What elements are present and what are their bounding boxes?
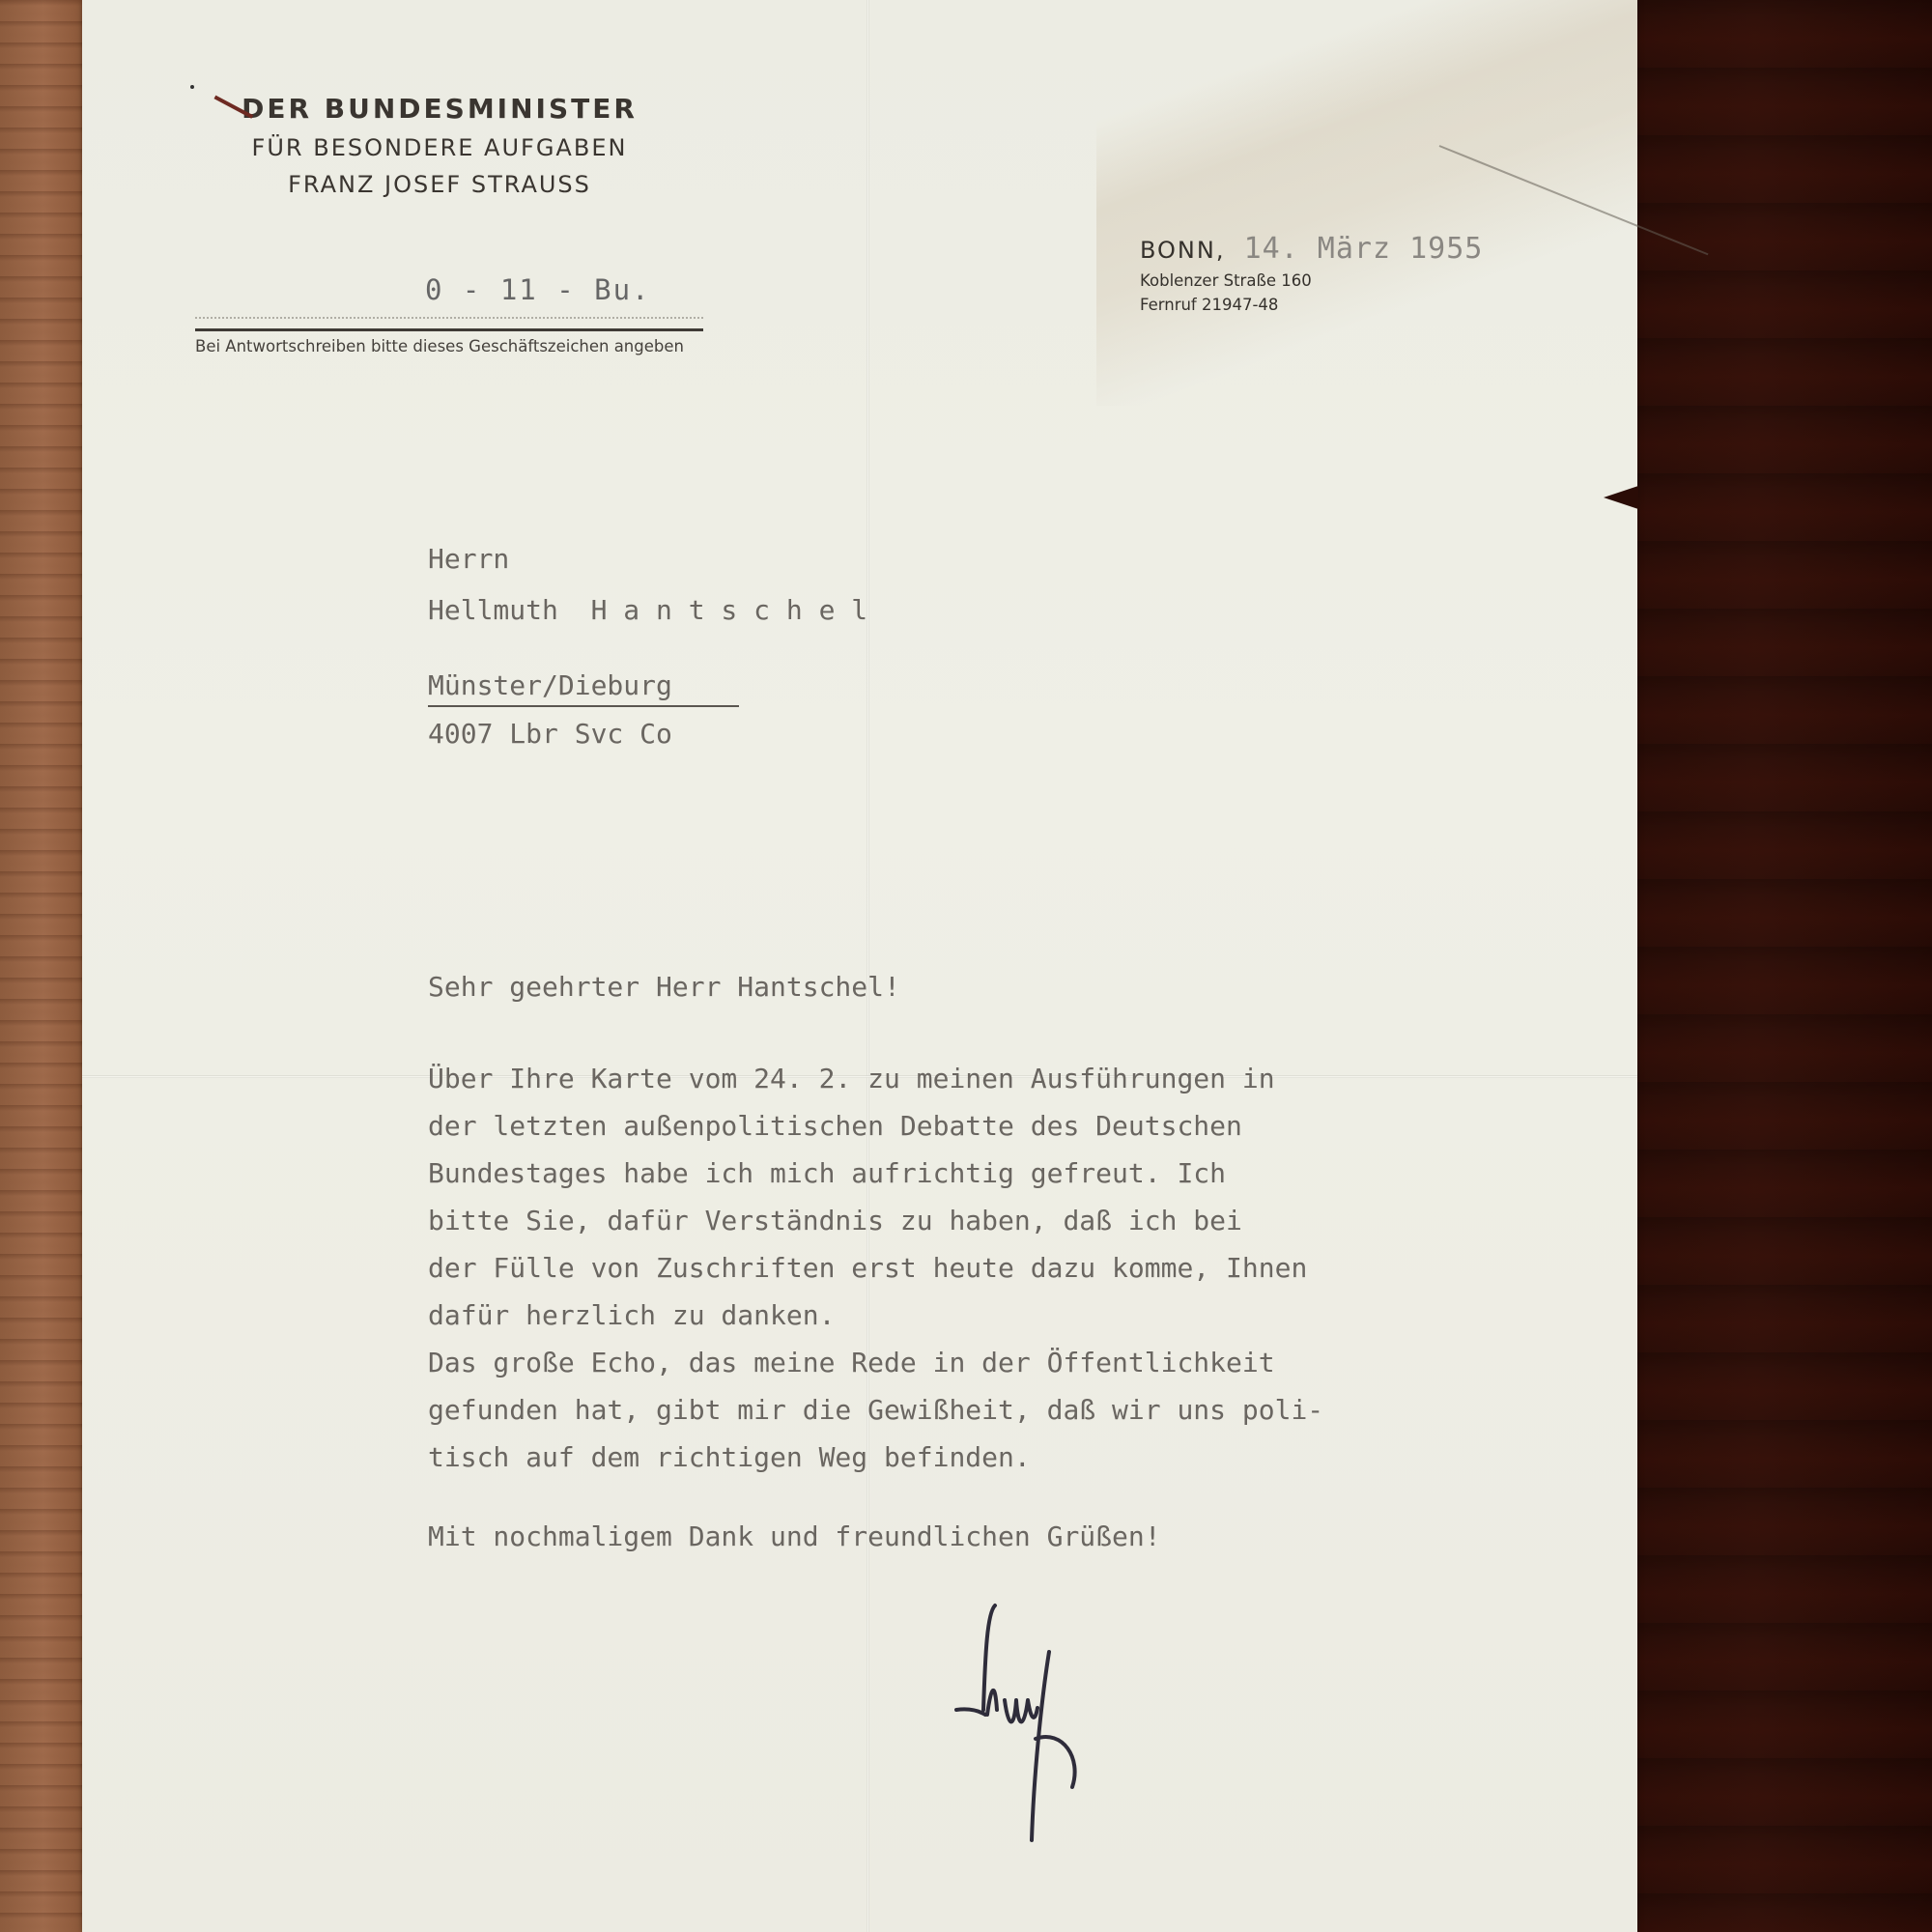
sender-street: Koblenzer Straße 160 bbox=[1140, 271, 1483, 290]
sender-city: BONN, bbox=[1140, 237, 1225, 264]
body-line: der letzten außenpolitischen Debatte des… bbox=[428, 1110, 1242, 1142]
body-line: tisch auf dem richtigen Weg befinden. bbox=[428, 1441, 1031, 1473]
body-line: Das große Echo, das meine Rede in der Öf… bbox=[428, 1347, 1275, 1378]
paper-stain bbox=[1096, 0, 1637, 406]
recipient-name: Hellmuth H a n t s c h e l bbox=[428, 594, 867, 626]
wood-table-right bbox=[1637, 0, 1932, 1932]
closing: Mit nochmaligem Dank und freundlichen Gr… bbox=[428, 1520, 1161, 1552]
body-line: bitte Sie, dafür Verständnis zu haben, d… bbox=[428, 1205, 1242, 1236]
recipient-city-underline bbox=[428, 705, 739, 707]
greeting: Sehr geehrter Herr Hantschel! bbox=[428, 971, 900, 1003]
body-line: Bundestages habe ich mich aufrichtig gef… bbox=[428, 1157, 1226, 1189]
recipient-city: Münster/Dieburg bbox=[428, 669, 672, 701]
vertical-fold bbox=[867, 0, 869, 1932]
letterhead-name: FRANZ JOSEF STRAUSS bbox=[217, 171, 662, 198]
reference-dotted-line bbox=[195, 317, 703, 319]
body-line: Über Ihre Karte vom 24. 2. zu meinen Aus… bbox=[428, 1063, 1275, 1094]
letterhead-subtitle: FÜR BESONDERE AUFGABEN bbox=[217, 134, 662, 161]
recipient-title: Herrn bbox=[428, 543, 509, 575]
handwritten-signature-icon bbox=[927, 1594, 1121, 1855]
letter-date: 14. März 1955 bbox=[1244, 232, 1484, 266]
recipient-unit: 4007 Lbr Svc Co bbox=[428, 718, 672, 750]
ink-dot bbox=[190, 85, 194, 89]
body-line: dafür herzlich zu danken. bbox=[428, 1299, 835, 1331]
reference-hint: Bei Antwortschreiben bitte dieses Geschä… bbox=[195, 337, 684, 355]
reference-rule bbox=[195, 328, 703, 331]
reference-number: 0 - 11 - Bu. bbox=[425, 273, 651, 306]
letterhead-title: DER BUNDESMINISTER bbox=[217, 93, 662, 125]
wood-table-left bbox=[0, 0, 87, 1932]
paper-tear bbox=[1604, 486, 1638, 509]
body-line: der Fülle von Zuschriften erst heute daz… bbox=[428, 1252, 1307, 1284]
sender-info: BONN, 14. März 1955 Koblenzer Straße 160… bbox=[1140, 232, 1483, 314]
body-line: gefunden hat, gibt mir die Gewißheit, da… bbox=[428, 1394, 1323, 1426]
letterhead: DER BUNDESMINISTER FÜR BESONDERE AUFGABE… bbox=[179, 93, 662, 198]
sender-phone: Fernruf 21947-48 bbox=[1140, 296, 1483, 314]
